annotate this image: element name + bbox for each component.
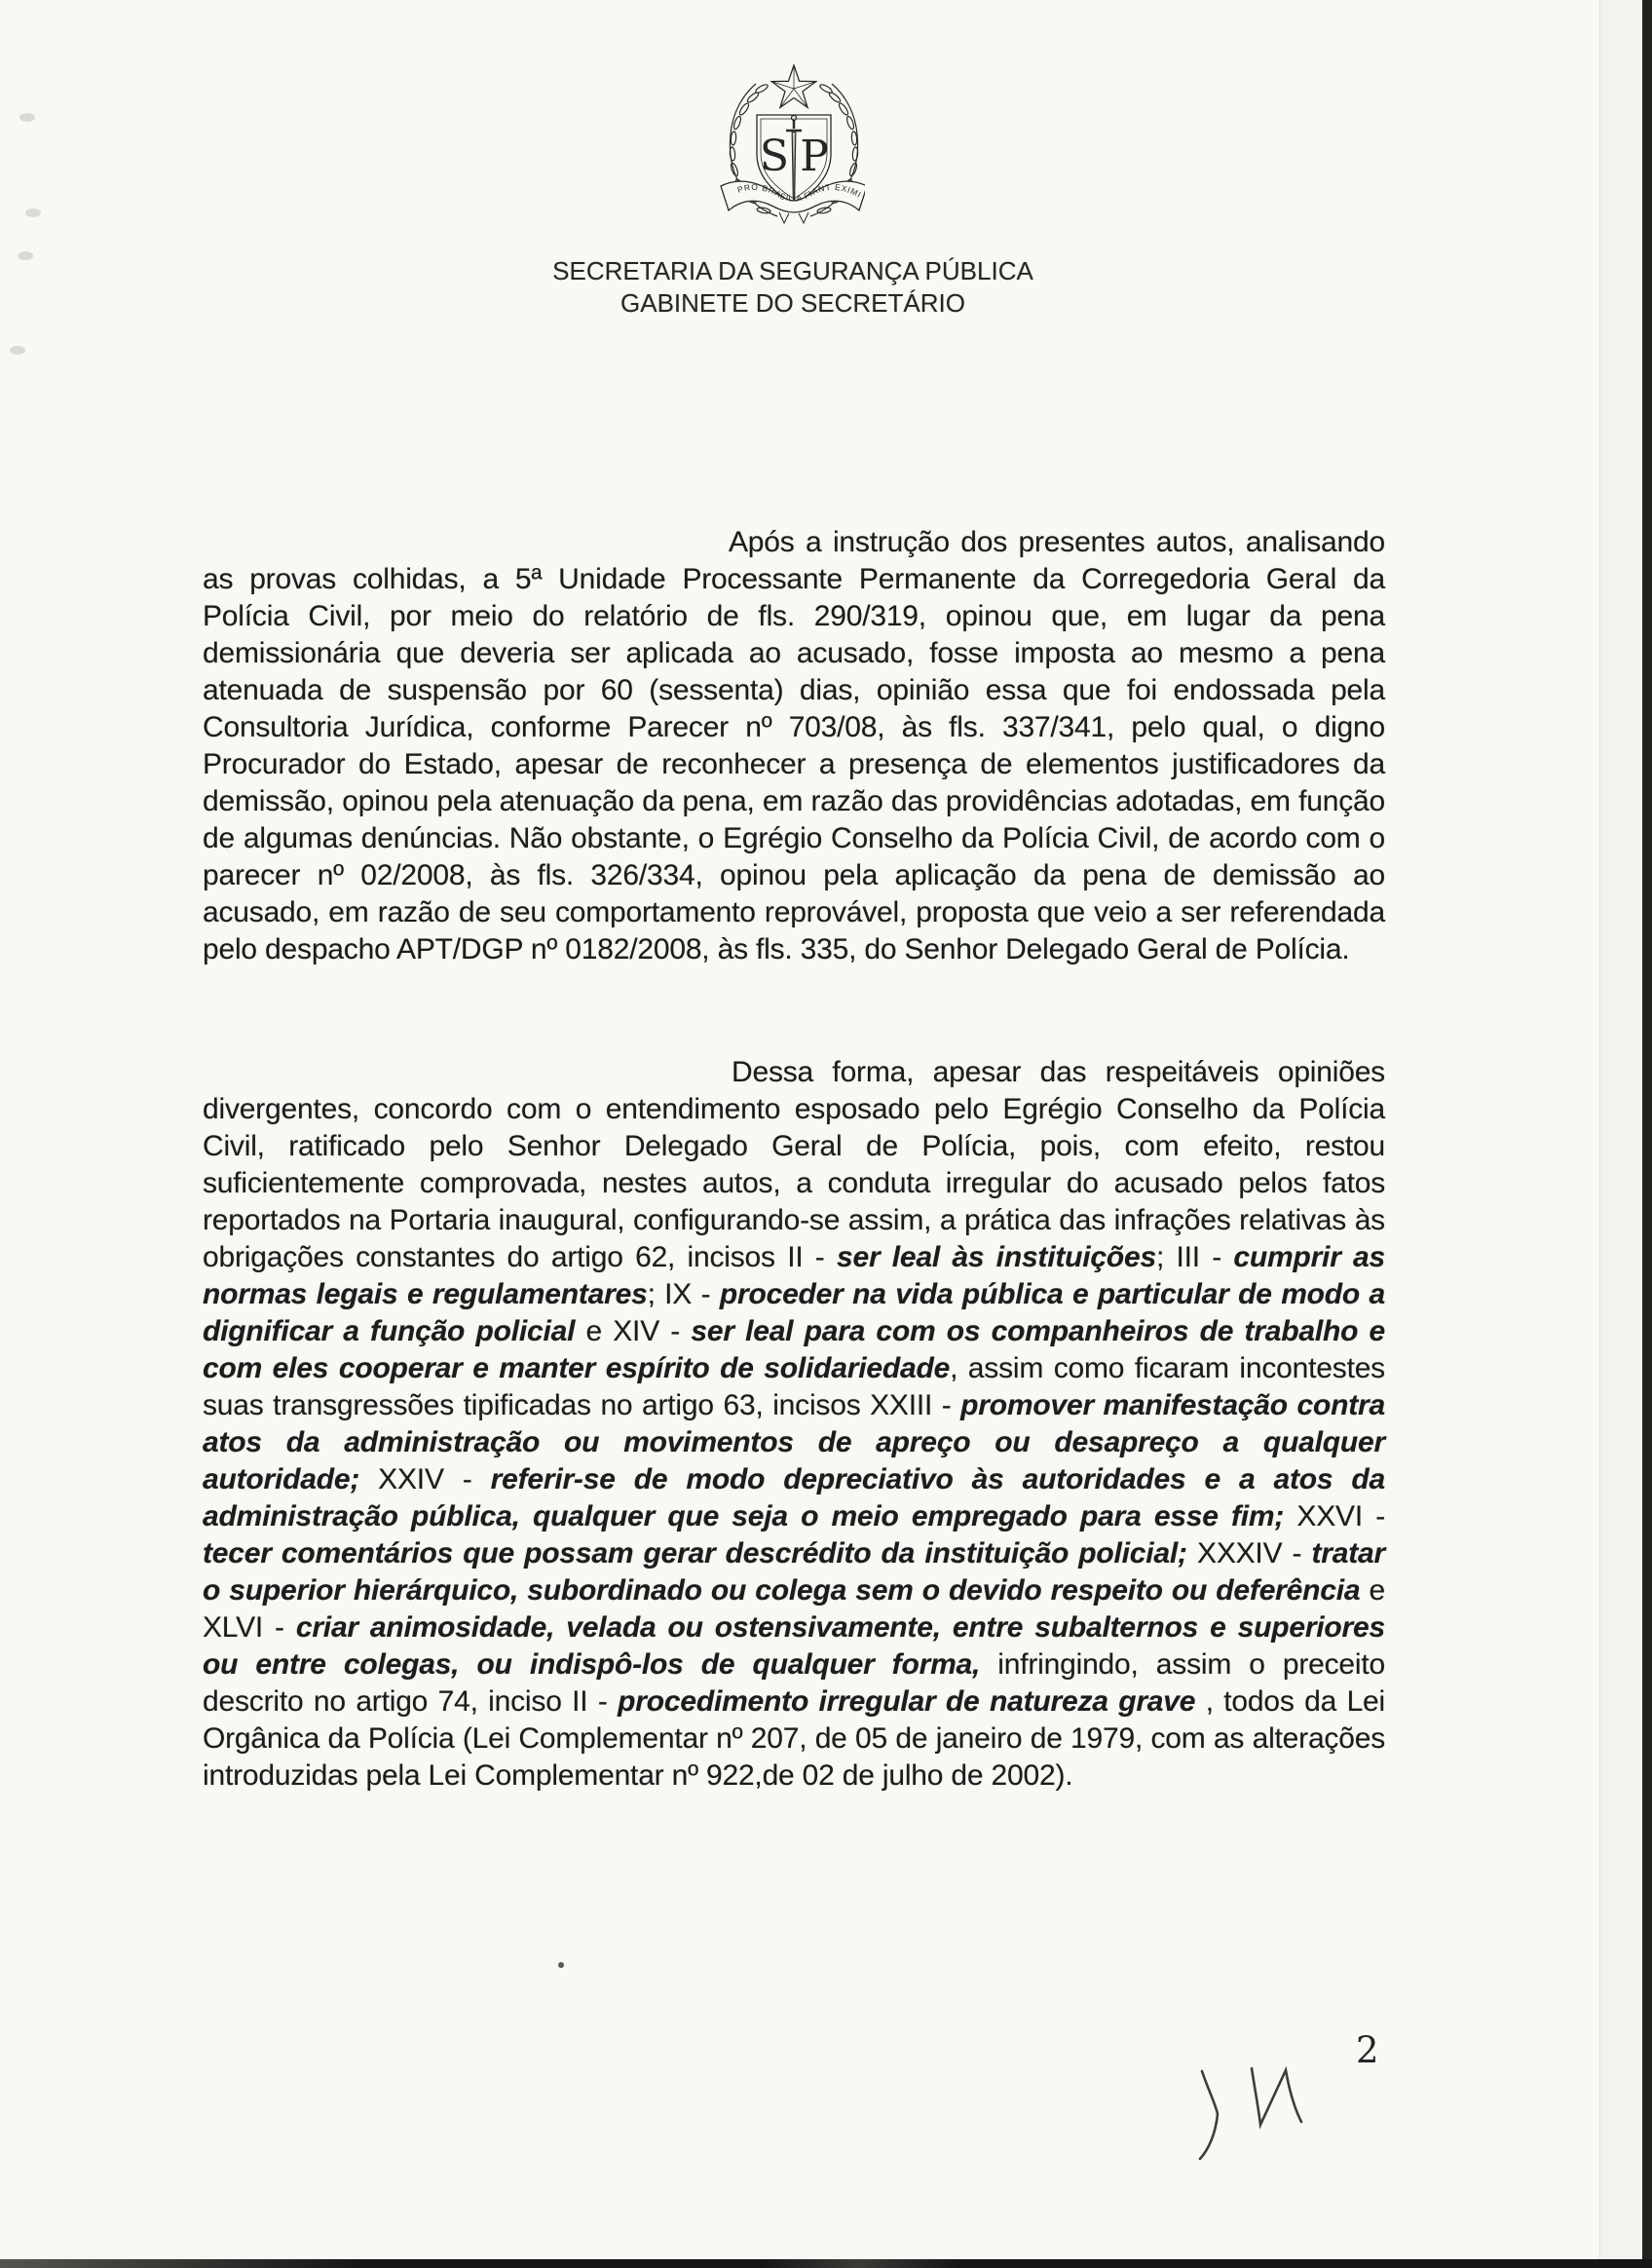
scan-speck	[558, 1962, 564, 1968]
scan-artifact	[18, 251, 33, 260]
scan-edge-right	[1642, 0, 1652, 2268]
scan-artifact	[19, 113, 35, 122]
paragraph-1: Após a instrução dos presentes autos, an…	[203, 524, 1385, 968]
text-run: XXVI -	[1284, 1500, 1385, 1532]
crest-letter-p: P	[800, 132, 829, 181]
org-name-line2: GABINETE DO SECRETÁRIO	[620, 288, 965, 319]
org-name-line1: SECRETARIA DA SEGURANÇA PÚBLICA	[552, 256, 1033, 286]
star-icon	[771, 65, 816, 107]
page-number: 2	[1356, 2029, 1379, 2071]
scanned-document-page: S P PRO BRASILIA FIANT EXIMIA SECRETARIA…	[0, 0, 1652, 2268]
sp-coat-of-arms: S P PRO BRASILIA FIANT EXIMIA	[719, 57, 865, 224]
paragraph-2: Dessa forma, apesar das respeitáveis opi…	[203, 1054, 1385, 1795]
scan-paper-edge	[1599, 0, 1643, 2268]
text-run: ; IX -	[648, 1278, 720, 1310]
scan-artifact	[10, 346, 25, 355]
crest-letter-s: S	[760, 132, 789, 181]
text-run-emphasis: tecer comentários que possam gerar descr…	[203, 1537, 1187, 1569]
text-run: e XIV -	[575, 1315, 691, 1347]
signature-mark	[1181, 2044, 1317, 2171]
text-run-emphasis: ser leal às instituições	[837, 1241, 1156, 1273]
text-run: ; III -	[1156, 1241, 1233, 1273]
text-run-emphasis: procedimento irregular de natureza grave	[618, 1685, 1195, 1718]
text-run: XXIV -	[359, 1463, 490, 1495]
scan-edge-bottom	[0, 2259, 1652, 2268]
scan-artifact	[25, 208, 41, 217]
text-run: XXXIV -	[1187, 1537, 1312, 1569]
